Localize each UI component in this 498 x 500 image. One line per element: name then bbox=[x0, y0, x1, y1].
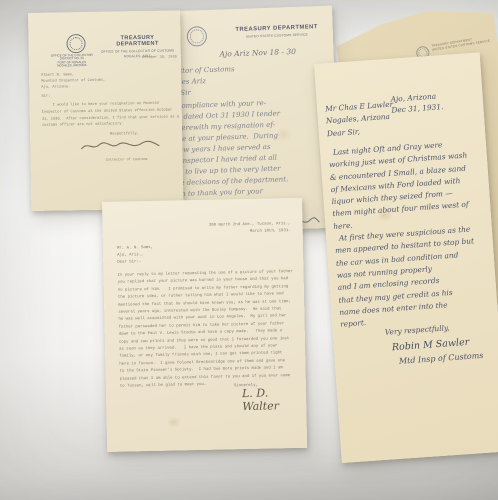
signature: Robin M Sawler bbox=[392, 337, 470, 353]
address-block: Mr. A. N. Sams,Ajo, Ariz.,Dear Sir:- bbox=[117, 245, 153, 267]
signature-title: Mtd Insp of Customs bbox=[399, 351, 484, 366]
handwritten-date: Ajo Ariz Nov 18 - 30 bbox=[219, 46, 329, 59]
letterhead-fine-print: TREASURY DEPARTMENTUNITED STATES CUSTOMS… bbox=[431, 35, 495, 52]
letter-body: Last night Oft and Gray wereworking just… bbox=[328, 136, 494, 331]
letter-date: October 30, 1930 bbox=[121, 54, 177, 61]
address-block: Albert N. Sams,Mounted Inspector of Cust… bbox=[41, 72, 105, 91]
heading-block: 300 North 2nd Ave., Tucson, Ariz., March… bbox=[160, 221, 290, 238]
letterhead: TREASURY DEPARTMENT UNITED STATES CUSTOM… bbox=[227, 24, 327, 39]
seal-caption: OFFICE OF THE COLLECTORDISTRICT NO. 26PO… bbox=[41, 54, 103, 69]
address-block: Mr Chas E LawlerNogales, ArizonaDear Sir… bbox=[325, 99, 395, 141]
letter-tucson: 300 North 2nd Ave., Tucson, Ariz., March… bbox=[102, 198, 307, 452]
letter-body: I would like to have your resignation as… bbox=[42, 100, 178, 130]
photo-backdrop: TREASURY DEPARTMENTUNITED STATES CUSTOMS… bbox=[0, 0, 498, 500]
letter-treasury-dismissal: TREASURY DEPARTMENT OFFICE OF THE COLLEC… bbox=[28, 10, 183, 211]
place-date-block: Ajo, ArizonaDec 31, 1931. bbox=[390, 89, 477, 116]
signature: L. D. Walter bbox=[242, 386, 307, 413]
paper-stain bbox=[167, 416, 181, 427]
letterhead-title: TREASURY DEPARTMENT bbox=[98, 34, 176, 47]
letter-date: March 10th, 1931. bbox=[161, 228, 291, 238]
letter-report: Ajo, ArizonaDec 31, 1931. Mr Chas E Lawl… bbox=[314, 52, 498, 463]
collector-signature-scribble bbox=[78, 137, 162, 154]
signature-title: Collector of Customs bbox=[87, 157, 167, 164]
treasury-seal-icon bbox=[187, 26, 208, 47]
letter-body: In your reply to my letter requesting th… bbox=[117, 269, 297, 391]
salutation: Sir: bbox=[41, 94, 50, 100]
treasury-seal-icon bbox=[66, 34, 85, 53]
letterhead-subtitle: OFFICE OF THE COLLECTOR OF CUSTOMS bbox=[99, 48, 177, 53]
